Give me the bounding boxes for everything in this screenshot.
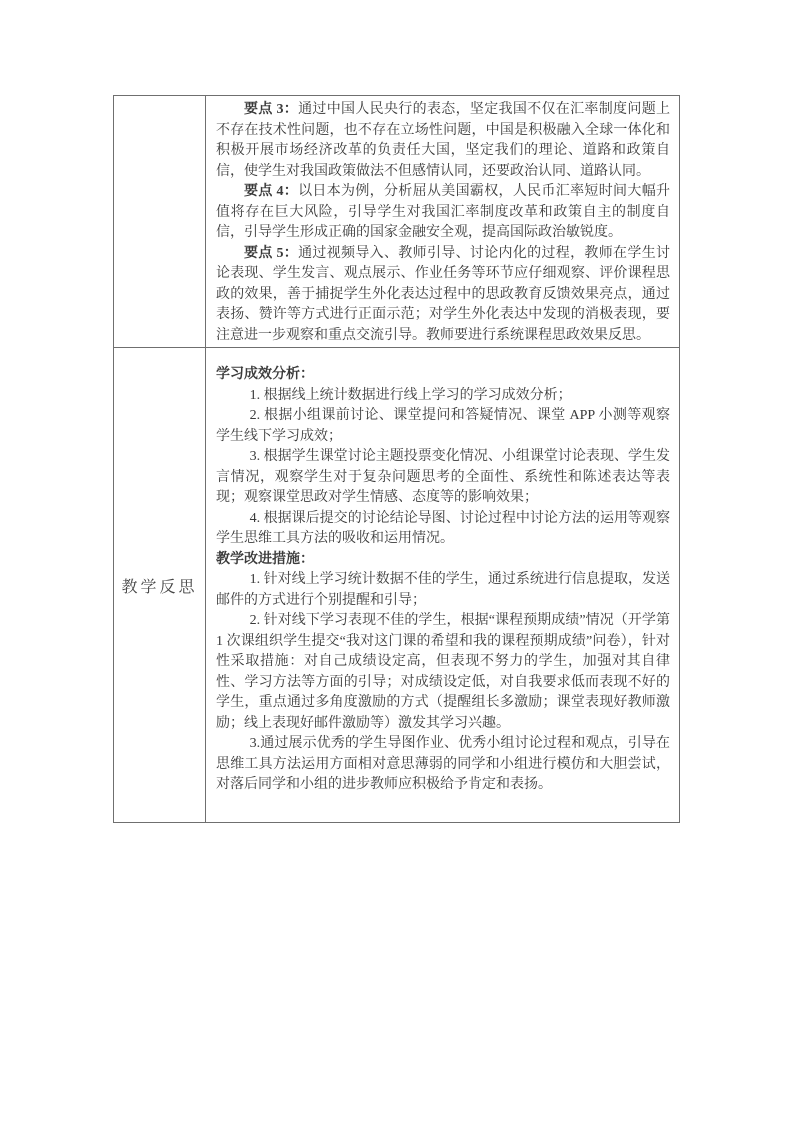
table-row: 要点 3：通过中国人民央行的表态，坚定我国不仅在汇率制度问题上不存在技术性问题，… (114, 96, 679, 347)
key-point-3-label: 要点 3： (244, 102, 298, 117)
teaching-improvement-item-3: 3.通过展示优秀的学生导图作业、优秀小组讨论过程和观点，引导在思维工具方法运用方… (216, 734, 670, 796)
learning-effect-item-3: 3. 根据学生课堂讨论主题投票变化情况、小组课堂讨论表现、学生发言情况，观察学生… (216, 447, 670, 509)
learning-effect-item-2: 2. 根据小组课前讨论、课堂提问和答疑情况、课堂 APP 小测等观察学生线下学习… (216, 406, 670, 447)
learning-effect-analysis-heading: 学习成效分析： (216, 365, 670, 386)
key-point-5-label: 要点 5： (244, 246, 298, 261)
learning-effect-item-1: 1. 根据线上统计数据进行线上学习的学习成效分析； (216, 386, 670, 407)
teaching-improvement-heading: 教学改进措施： (216, 550, 670, 571)
teaching-reflection-label: 教学反思 (121, 574, 197, 597)
row1-label-cell (114, 96, 206, 347)
learning-effect-item-4: 4. 根据课后提交的讨论结论导图、讨论过程中讨论方法的运用等观察学生思维工具方法… (216, 509, 670, 550)
key-point-4-paragraph: 要点 4：以日本为例，分析屈从美国霸权，人民币汇率短时间大幅升值将存在巨大风险，… (216, 182, 670, 244)
key-point-4-label: 要点 4： (244, 184, 298, 199)
table-row: 教学反思 学习成效分析： 1. 根据线上统计数据进行线上学习的学习成效分析； 2… (114, 347, 679, 822)
key-point-5-paragraph: 要点 5：通过视频导入、教师引导、讨论内化的过程，教师在学生讨论表现、学生发言、… (216, 244, 670, 347)
teaching-improvement-item-2: 2. 针对线下学习表现不佳的学生，根据“课程预期成绩”情况（开学第 1 次课组织… (216, 611, 670, 734)
row2-content-cell: 学习成效分析： 1. 根据线上统计数据进行线上学习的学习成效分析； 2. 根据小… (206, 348, 679, 822)
row2-label-cell: 教学反思 (114, 348, 206, 822)
teaching-improvement-item-1: 1. 针对线上学习统计数据不佳的学生，通过系统进行信息提取，发送邮件的方式进行个… (216, 570, 670, 611)
key-point-3-paragraph: 要点 3：通过中国人民央行的表态，坚定我国不仅在汇率制度问题上不存在技术性问题，… (216, 100, 670, 182)
lesson-plan-table: 要点 3：通过中国人民央行的表态，坚定我国不仅在汇率制度问题上不存在技术性问题，… (113, 95, 680, 823)
row1-content-cell: 要点 3：通过中国人民央行的表态，坚定我国不仅在汇率制度问题上不存在技术性问题，… (206, 96, 679, 347)
